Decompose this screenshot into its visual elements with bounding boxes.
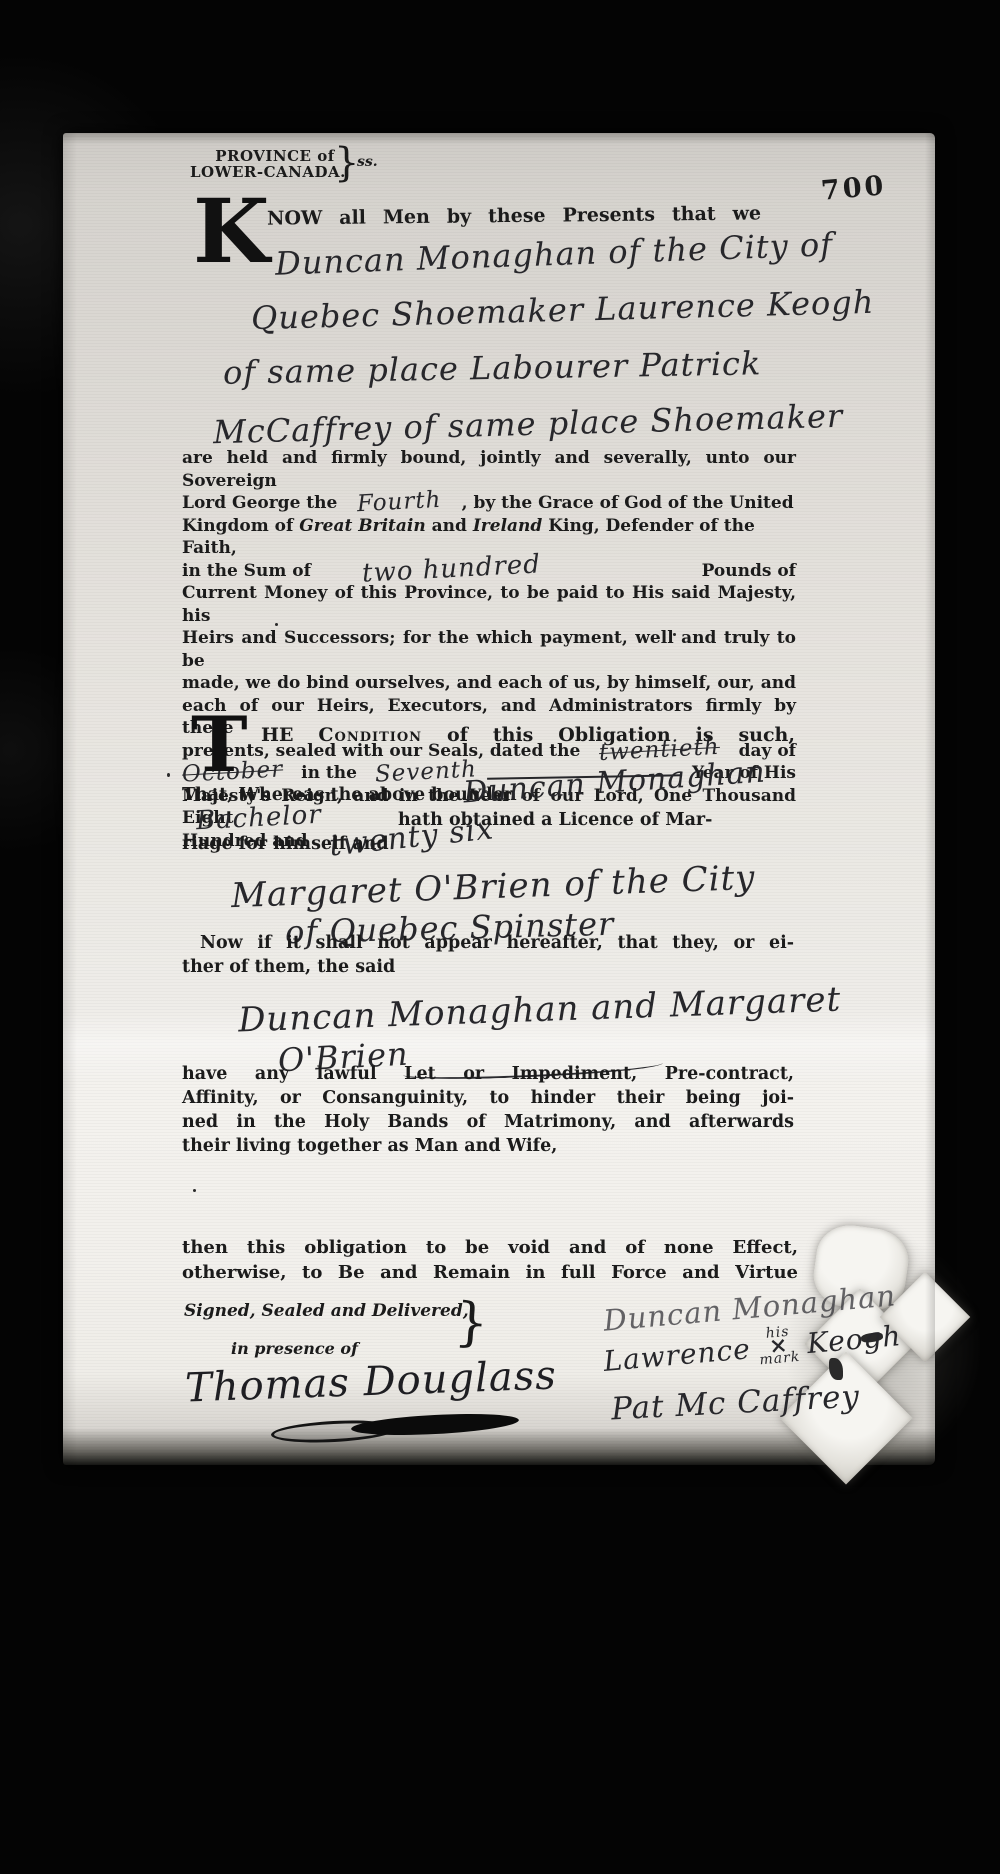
attestation-label: Signed, Sealed and Delivered,: [184, 1301, 469, 1321]
province-header: PROVINCE of LOWER-CANADA.: [190, 148, 346, 180]
condition-heading-smallcaps: Condition: [318, 724, 422, 746]
bond-line-4: in the Sum of two hundred Pounds of: [182, 560, 796, 583]
bond-line-4-text-a: in the Sum of: [182, 560, 311, 583]
dust-speck: [193, 1189, 196, 1192]
bond-line-2: Lord George the Fourth , by the Grace of…: [182, 492, 796, 515]
sum-amount-handwritten: two hundred: [362, 564, 541, 573]
opening-handwriting-4: McCaffrey of same place Shoemaker: [213, 397, 844, 451]
opening-handwriting-3: of same place Labourer Patrick: [223, 344, 762, 391]
document-page: PROVINCE of LOWER-CANADA. } ss. 700 K NO…: [63, 133, 935, 1465]
great-britain-italic: Great Britain: [299, 516, 426, 536]
condition-line-13: their living together as Man and Wife,: [182, 1136, 557, 1156]
header-jurat: ss.: [357, 154, 378, 170]
condition-heading: HE Condition of this Obligation is such,: [261, 724, 795, 746]
bond-line-2-text-b: , by the Grace of God of the United: [462, 493, 794, 513]
province-line2: LOWER-CANADA.: [190, 164, 346, 180]
opening-handwriting-1: Duncan Monaghan of the City of: [275, 225, 834, 282]
closing-line-2: otherwise, to Be and Remain in full Forc…: [182, 1262, 798, 1283]
witness-signature: Thomas Douglass: [184, 1353, 557, 1412]
page-number: 700: [820, 170, 888, 207]
opening-line: NOW all Men by these Presents that we: [267, 202, 761, 229]
bond-line-6: Heirs and Successors; for the which paym…: [182, 627, 796, 672]
header-brace: }: [334, 140, 359, 186]
dropcap-t: T: [191, 715, 248, 774]
dropcap-k: K: [193, 197, 269, 266]
condition-line-7: ther of them, the said: [182, 957, 395, 977]
day-handwritten: twentieth: [599, 746, 720, 753]
closing-line-1: then this obligation to be void and of n…: [182, 1237, 798, 1258]
signature-lawrence: Lawrence: [602, 1332, 752, 1378]
bond-line-3-text-a: Kingdom of: [182, 516, 293, 536]
condition-line-10: have any lawful Let or Impediment, Pre-c…: [182, 1064, 794, 1084]
bond-line-3-text-b: and: [432, 516, 467, 536]
condition-line-6: Now if it shall not appear hereafter, th…: [182, 933, 794, 953]
microfilm-scan: PROVINCE of LOWER-CANADA. } ss. 700 K NO…: [0, 0, 1000, 1874]
bond-line-4-text-b: Pounds of: [702, 560, 796, 583]
condition-heading-he: HE: [261, 724, 293, 746]
condition-line-12: ned in the Holy Bands of Matrimony, and …: [182, 1112, 794, 1132]
bond-line-1: are held and firmly bound, jointly and s…: [182, 447, 796, 492]
his-mark-cross: his × mark: [757, 1325, 801, 1367]
bond-line-10-text-a: in the: [301, 762, 357, 785]
province-line1: PROVINCE of: [190, 148, 346, 164]
bond-line-2-text-a: Lord George the: [182, 493, 337, 513]
condition-line-2: hath obtained a Licence of Mar-: [398, 810, 712, 830]
regnal-year-handwritten: Seventh: [375, 769, 477, 774]
ireland-italic: Ireland: [473, 516, 542, 536]
regnal-number-handwritten: Fourth: [357, 500, 441, 504]
dust-speck: [275, 623, 278, 626]
bond-line-5: Current Money of this Province, to be pa…: [182, 582, 796, 627]
signature-keogh: Keogh: [806, 1319, 903, 1360]
attestation-brace: }: [453, 1292, 490, 1354]
mark-label: mark: [759, 1351, 801, 1368]
parties-names-handwritten: Duncan Monaghan and Margaret: [237, 979, 841, 1040]
ink-blot: [351, 1411, 520, 1439]
opening-handwriting-2: Quebec Shoemaker Laurence Keogh: [251, 283, 875, 337]
bond-line-7: made, we do bind ourselves, and each of …: [182, 672, 796, 695]
condition-line-11: Affinity, or Consanguinity, to hinder th…: [182, 1088, 794, 1108]
dust-speck: [167, 773, 170, 777]
condition-heading-rest: of this Obligation is such,: [447, 724, 795, 746]
condition-line-3: riage for himself and: [182, 834, 389, 854]
presence-label: in presence of: [231, 1339, 358, 1358]
dust-speck: [673, 633, 676, 636]
